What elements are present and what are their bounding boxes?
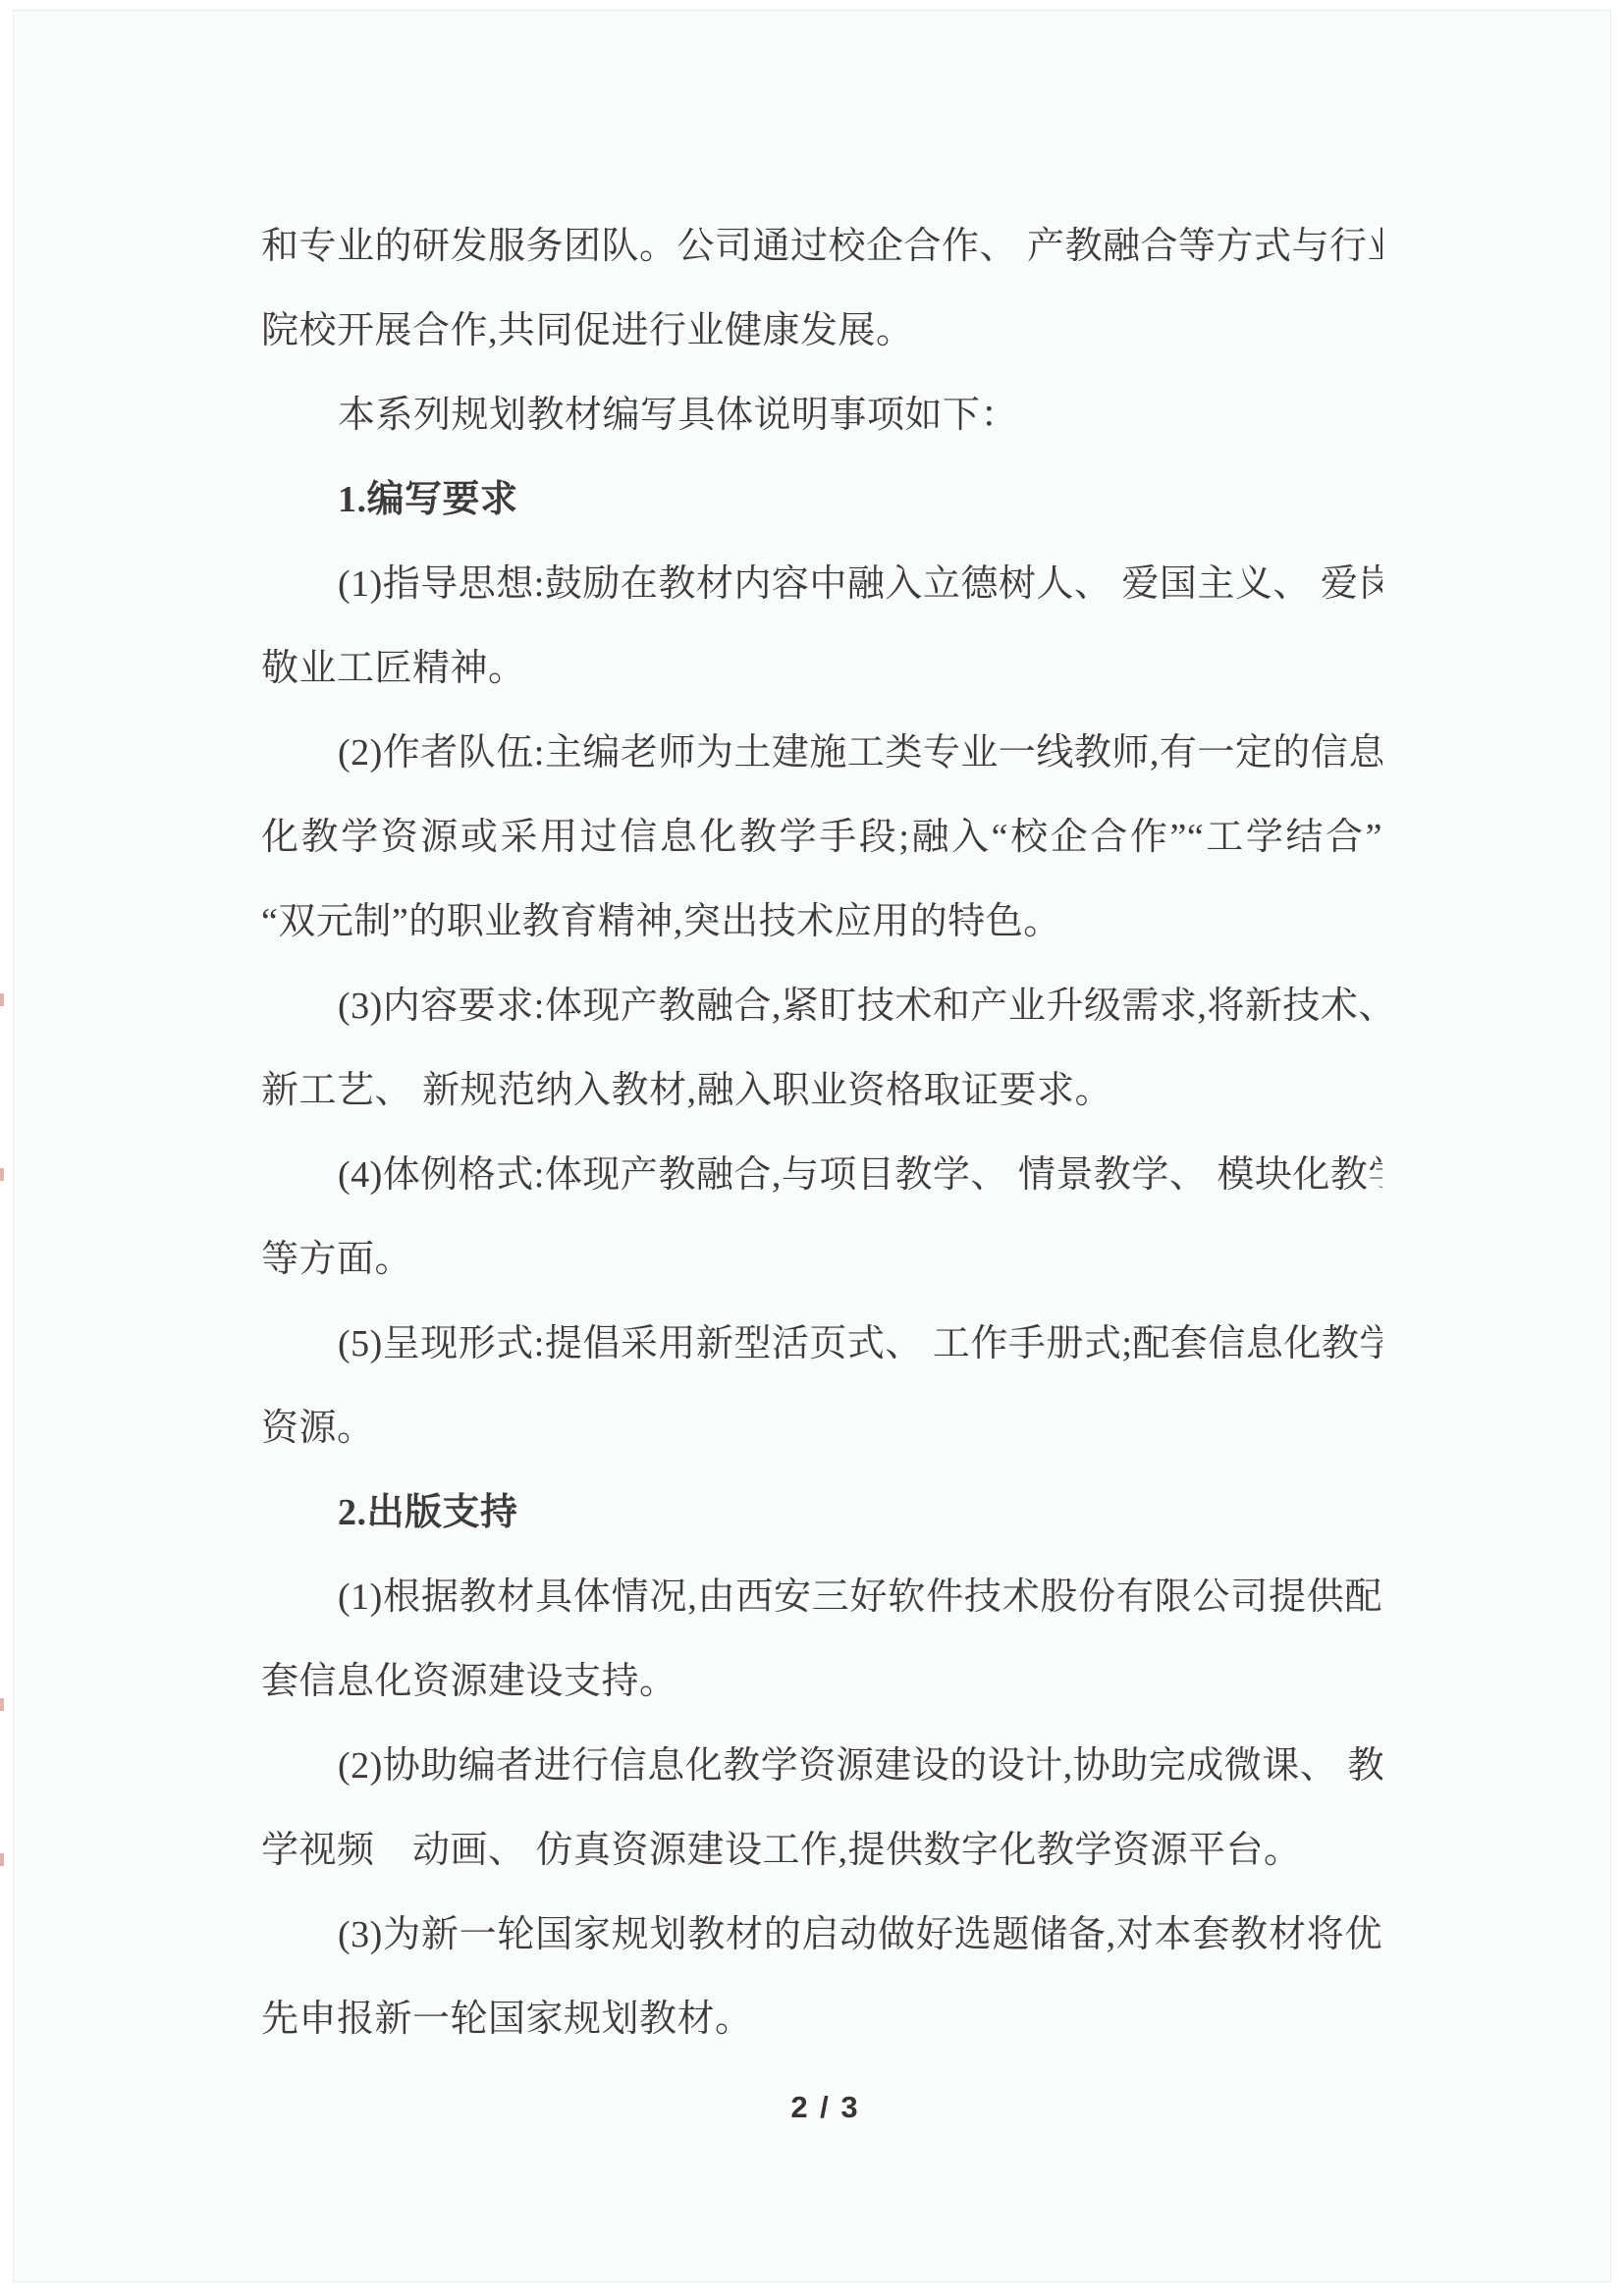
text-line: (2)作者队伍:主编老师为土建施工类专业一线教师,有一定的信息 [261, 711, 1382, 795]
text-line: 学视频 动画、 仿真资源建设工作,提供数字化教学资源平台。 [261, 1808, 1382, 1893]
scan-artifact [0, 993, 4, 1006]
text-line: 和专业的研发服务团队。公司通过校企合作、 产教融合等方式与行业 [261, 204, 1382, 289]
text-line: 敬业工匠精神。 [261, 626, 1382, 711]
text-line: (1)指导思想:鼓励在教材内容中融入立德树人、 爱国主义、 爱岗 [261, 542, 1382, 626]
page-number: 2 / 3 [14, 2080, 1623, 2135]
text-line: (1)根据教材具体情况,由西安三好软件技术股份有限公司提供配 [261, 1555, 1382, 1639]
text-line: 本系列规划教材编写具体说明事项如下： [261, 373, 1382, 457]
text-line: 院校开展合作,共同促进行业健康发展。 [261, 289, 1382, 373]
text-line: (2)协助编者进行信息化教学资源建设的设计,协助完成微课、 教 [261, 1724, 1382, 1808]
text-line: 等方面。 [261, 1217, 1382, 1302]
text-line: 新工艺、 新规范纳入教材,融入职业资格取证要求。 [261, 1048, 1382, 1133]
text-line: 化教学资源或采用过信息化教学手段;融入“校企合作”“工学结合” [261, 795, 1382, 880]
scan-artifact [0, 1698, 4, 1711]
scan-artifact [0, 1853, 4, 1866]
text-line: (5)呈现形式:提倡采用新型活页式、 工作手册式;配套信息化教学 [261, 1302, 1382, 1386]
section-heading: 2.出版支持 [261, 1470, 1382, 1555]
document-body: 和专业的研发服务团队。公司通过校企合作、 产教融合等方式与行业 院校开展合作,共… [261, 204, 1382, 2061]
scan-artifact [0, 1168, 4, 1181]
text-line: “双元制”的职业教育精神,突出技术应用的特色。 [261, 880, 1382, 964]
text-line: (3)内容要求:体现产教融合,紧盯技术和产业升级需求,将新技术、 [261, 964, 1382, 1048]
text-line: (3)为新一轮国家规划教材的启动做好选题储备,对本套教材将优 [261, 1893, 1382, 1977]
text-line: 资源。 [261, 1386, 1382, 1470]
scanned-page: 和专业的研发服务团队。公司通过校企合作、 产教融合等方式与行业 院校开展合作,共… [13, 10, 1611, 2282]
text-line: (4)体例格式:体现产教融合,与项目教学、 情景教学、 模块化教学 [261, 1133, 1382, 1217]
text-line: 套信息化资源建设支持。 [261, 1639, 1382, 1724]
text-line: 先申报新一轮国家规划教材。 [261, 1977, 1382, 2061]
section-heading: 1.编写要求 [261, 457, 1382, 542]
